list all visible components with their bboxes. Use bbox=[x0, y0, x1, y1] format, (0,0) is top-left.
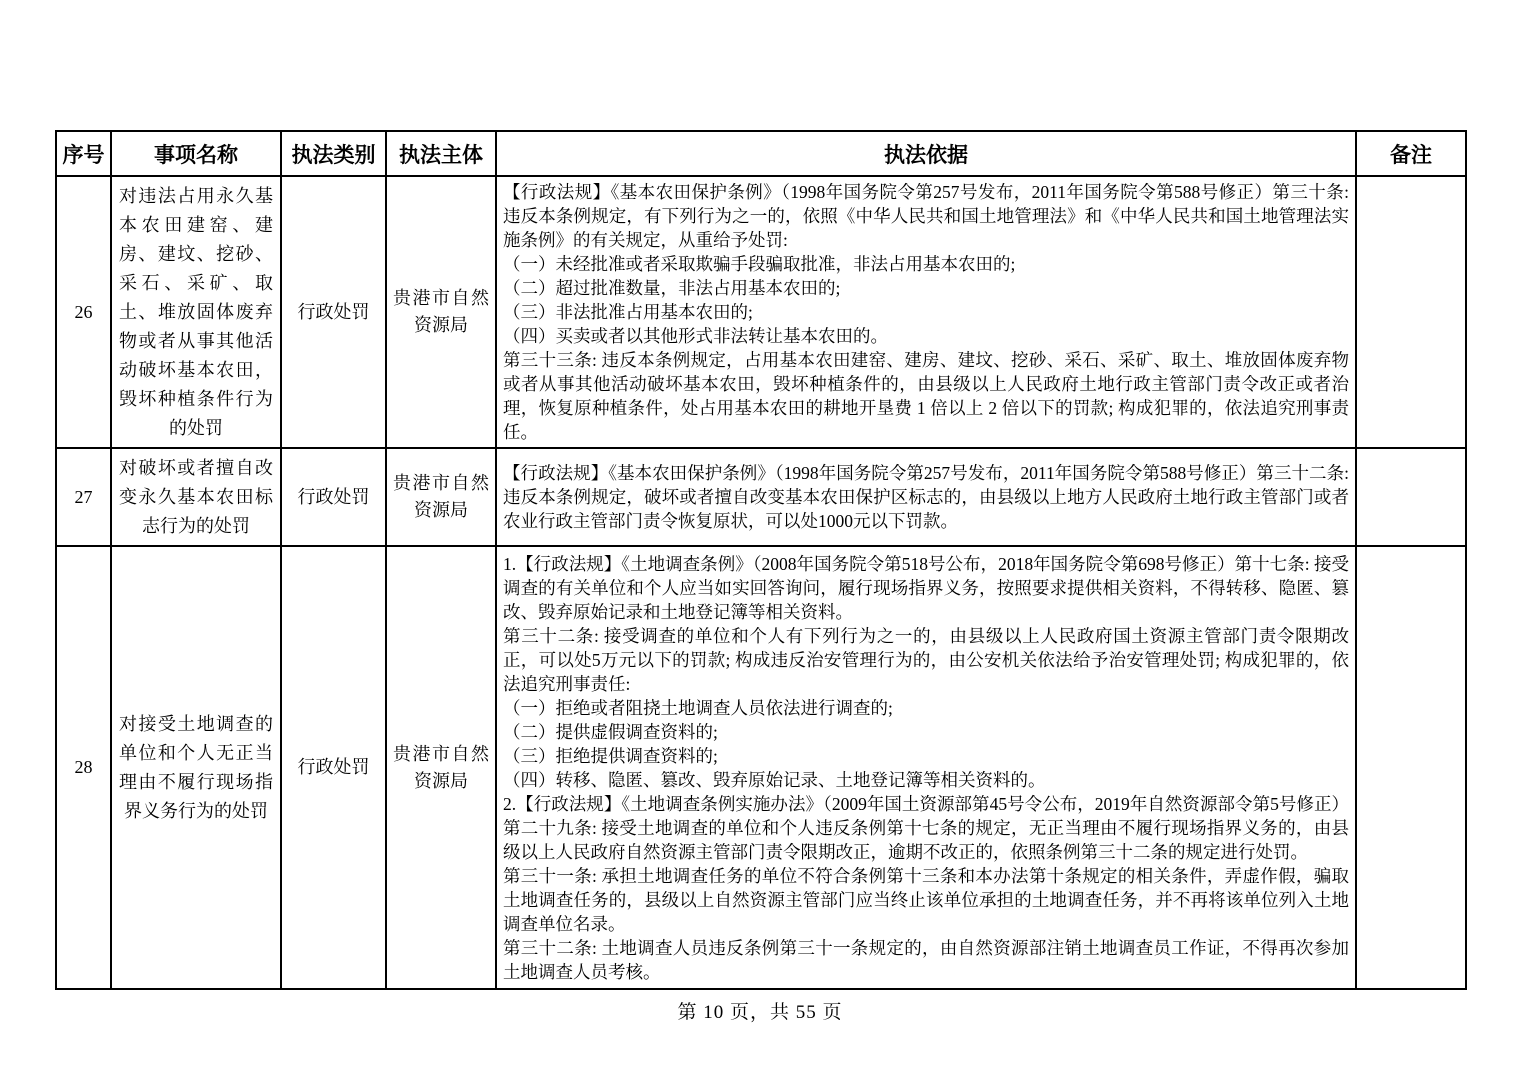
cell-item-name: 对接受土地调查的单位和个人无正当理由不履行现场指界义务行为的处罚 bbox=[111, 546, 281, 989]
header-basis: 执法依据 bbox=[496, 131, 1356, 176]
header-seq: 序号 bbox=[56, 131, 111, 176]
cell-category: 行政处罚 bbox=[281, 448, 386, 546]
cell-item-name: 对违法占用永久基本农田建窑、建房、建坟、挖砂、采石、采矿、取土、堆放固体废弃物或… bbox=[111, 176, 281, 448]
page-number: 第 10 页，共 55 页 bbox=[0, 997, 1520, 1024]
cell-subject: 贵港市自然资源局 bbox=[386, 448, 496, 546]
cell-seq: 26 bbox=[56, 176, 111, 448]
header-item-name: 事项名称 bbox=[111, 131, 281, 176]
header-note: 备注 bbox=[1356, 131, 1466, 176]
table-row: 28 对接受土地调查的单位和个人无正当理由不履行现场指界义务行为的处罚 行政处罚… bbox=[56, 546, 1466, 989]
cell-basis: 1.【行政法规】《土地调查条例》（2008年国务院令第518号公布，2018年国… bbox=[496, 546, 1356, 989]
cell-note bbox=[1356, 546, 1466, 989]
cell-basis: 【行政法规】《基本农田保护条例》（1998年国务院令第257号发布，2011年国… bbox=[496, 176, 1356, 448]
cell-basis: 【行政法规】《基本农田保护条例》（1998年国务院令第257号发布，2011年国… bbox=[496, 448, 1356, 546]
header-category: 执法类别 bbox=[281, 131, 386, 176]
cell-item-name: 对破坏或者擅自改变永久基本农田标志行为的处罚 bbox=[111, 448, 281, 546]
table-row: 27 对破坏或者擅自改变永久基本农田标志行为的处罚 行政处罚 贵港市自然资源局 … bbox=[56, 448, 1466, 546]
document-page: 序号 事项名称 执法类别 执法主体 执法依据 备注 26 对违法占用永久基本农田… bbox=[0, 0, 1520, 1074]
cell-category: 行政处罚 bbox=[281, 546, 386, 989]
table-header-row: 序号 事项名称 执法类别 执法主体 执法依据 备注 bbox=[56, 131, 1466, 176]
cell-note bbox=[1356, 448, 1466, 546]
table-body: 26 对违法占用永久基本农田建窑、建房、建坟、挖砂、采石、采矿、取土、堆放固体废… bbox=[56, 176, 1466, 989]
cell-seq: 27 bbox=[56, 448, 111, 546]
cell-note bbox=[1356, 176, 1466, 448]
enforcement-items-table: 序号 事项名称 执法类别 执法主体 执法依据 备注 26 对违法占用永久基本农田… bbox=[55, 130, 1467, 990]
cell-category: 行政处罚 bbox=[281, 176, 386, 448]
cell-subject: 贵港市自然资源局 bbox=[386, 176, 496, 448]
cell-subject: 贵港市自然资源局 bbox=[386, 546, 496, 989]
header-subject: 执法主体 bbox=[386, 131, 496, 176]
table-row: 26 对违法占用永久基本农田建窑、建房、建坟、挖砂、采石、采矿、取土、堆放固体废… bbox=[56, 176, 1466, 448]
cell-seq: 28 bbox=[56, 546, 111, 989]
